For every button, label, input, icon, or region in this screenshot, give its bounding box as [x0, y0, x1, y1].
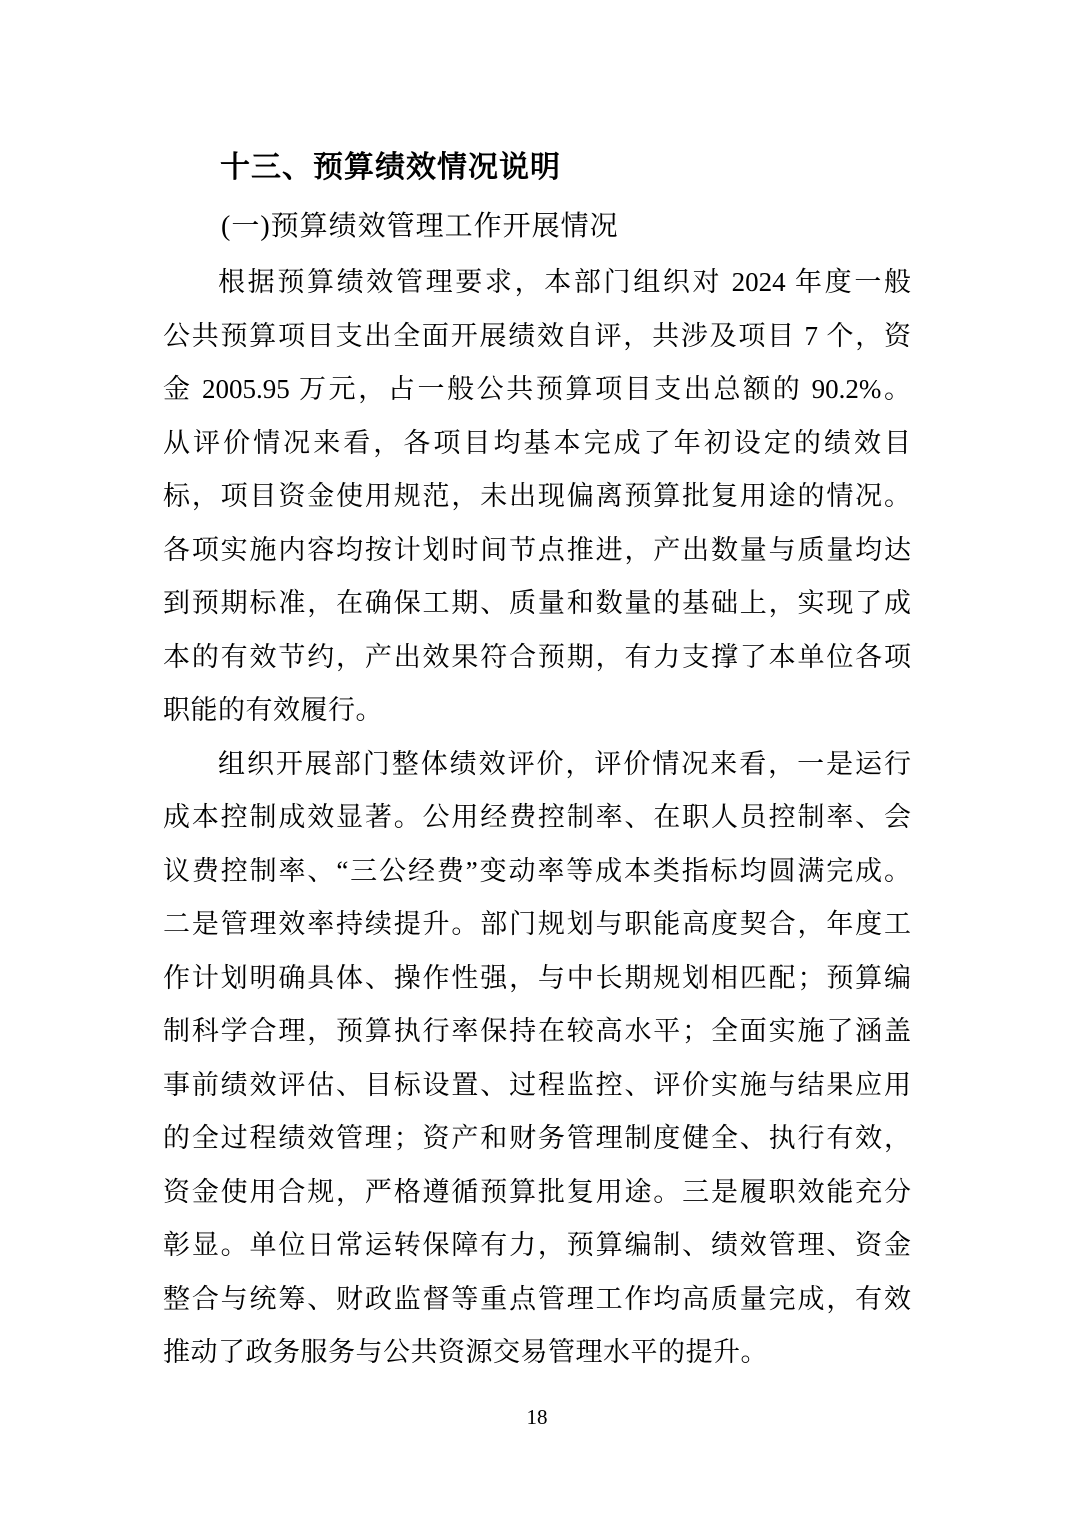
text-line: 推动了政务服务与公共资源交易管理水平的提升。	[163, 1326, 911, 1380]
text-line: 本的有效节约，产出效果符合预期，有力支撑了本单位各项	[163, 631, 911, 685]
document-page: 十三、预算绩效情况说明 (一)预算绩效管理工作开展情况 根据预算绩效管理要求，本…	[0, 0, 1074, 1520]
text-line: 二是管理效率持续提升。部门规划与职能高度契合，年度工	[163, 898, 911, 952]
text-line: 议费控制率、“三公经费”变动率等成本类指标均圆满完成。	[163, 845, 911, 899]
text-line: 事前绩效评估、目标设置、过程监控、评价实施与结果应用	[163, 1059, 911, 1113]
text-line: 整合与统筹、财政监督等重点管理工作均高质量完成，有效	[163, 1273, 911, 1327]
text-line: 标，项目资金使用规范，未出现偏离预算批复用途的情况。	[163, 470, 911, 524]
subsection-heading: (一)预算绩效管理工作开展情况	[163, 197, 911, 256]
text-line: 职能的有效履行。	[163, 684, 911, 738]
text-line: 成本控制成效显著。公用经费控制率、在职人员控制率、会	[163, 791, 911, 845]
section-heading: 十三、预算绩效情况说明	[163, 138, 911, 197]
text-line: 资金使用合规，严格遵循预算批复用途。三是履职效能充分	[163, 1166, 911, 1220]
text-line: 的全过程绩效管理；资产和财务管理制度健全、执行有效，	[163, 1112, 911, 1166]
text-line: 金 2005.95 万元，占一般公共预算项目支出总额的 90.2%。	[163, 363, 911, 417]
text-line: 彰显。单位日常运转保障有力，预算编制、绩效管理、资金	[163, 1219, 911, 1273]
page-number: 18	[0, 1405, 1074, 1430]
page-content: 十三、预算绩效情况说明 (一)预算绩效管理工作开展情况 根据预算绩效管理要求，本…	[163, 138, 911, 1380]
text-line: 作计划明确具体、操作性强，与中长期规划相匹配；预算编	[163, 952, 911, 1006]
paragraph: 组织开展部门整体绩效评价，评价情况来看，一是运行成本控制成效显著。公用经费控制率…	[163, 738, 911, 1380]
paragraph: 根据预算绩效管理要求，本部门组织对 2024 年度一般公共预算项目支出全面开展绩…	[163, 256, 911, 738]
text-line: 根据预算绩效管理要求，本部门组织对 2024 年度一般	[163, 256, 911, 310]
text-line: 制科学合理，预算执行率保持在较高水平；全面实施了涵盖	[163, 1005, 911, 1059]
body-text: 根据预算绩效管理要求，本部门组织对 2024 年度一般公共预算项目支出全面开展绩…	[163, 256, 911, 1380]
text-line: 公共预算项目支出全面开展绩效自评，共涉及项目 7 个，资	[163, 310, 911, 364]
text-line: 到预期标准，在确保工期、质量和数量的基础上，实现了成	[163, 577, 911, 631]
text-line: 组织开展部门整体绩效评价，评价情况来看，一是运行	[163, 738, 911, 792]
text-line: 从评价情况来看，各项目均基本完成了年初设定的绩效目	[163, 417, 911, 471]
text-line: 各项实施内容均按计划时间节点推进，产出数量与质量均达	[163, 524, 911, 578]
